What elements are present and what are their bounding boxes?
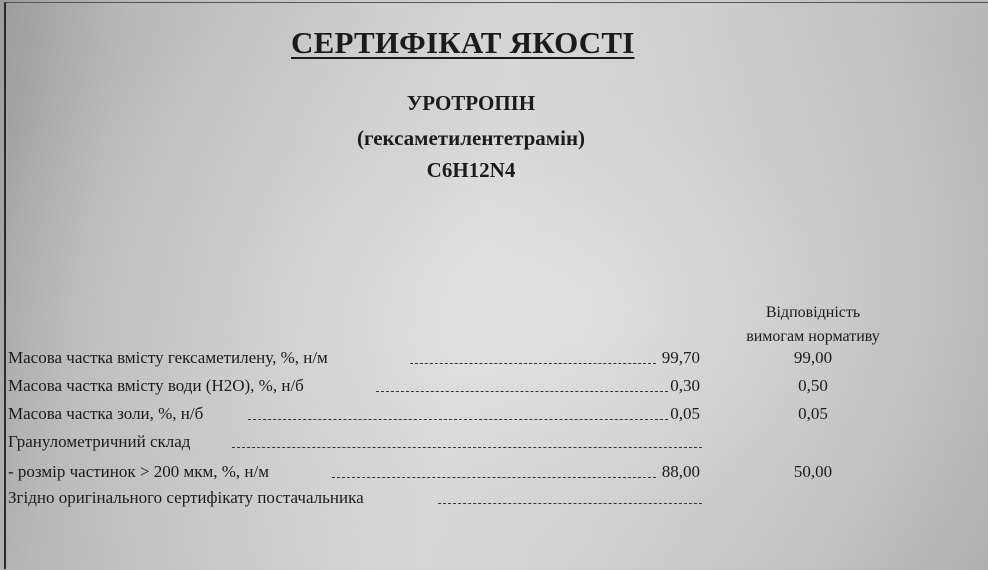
spec-value: 99,70 [620, 348, 700, 368]
spec-requirement: 99,00 [773, 348, 853, 368]
product-chemical-name: (гексаметилентетрамін) [6, 126, 936, 151]
spec-requirement: 0,05 [773, 404, 853, 424]
certificate-title: СЕРТИФІКАТ ЯКОСТІ [291, 25, 635, 61]
spec-label: Масова частка вмісту води (H2O), %, н/б [8, 376, 304, 396]
spec-label: Масова частка вмісту гексаметилену, %, н… [8, 348, 328, 368]
product-formula: C6H12N4 [6, 158, 936, 183]
spec-requirement: 0,50 [773, 376, 853, 396]
certificate-sheet: СЕРТИФІКАТ ЯКОСТІ УРОТРОПІН (гексаметиле… [4, 2, 988, 569]
dot-leader [248, 419, 668, 420]
spec-value: 88,00 [620, 462, 700, 482]
spec-value: 0,05 [620, 404, 700, 424]
spec-label: Масова частка золи, %, н/б [8, 404, 203, 424]
spec-label: Згідно оригінального сертифікату постача… [8, 488, 364, 508]
spec-label: Гранулометричний склад [8, 432, 190, 452]
dot-leader [332, 477, 656, 478]
product-name: УРОТРОПІН [6, 91, 936, 116]
dot-leader [438, 503, 702, 504]
spec-label: - розмір частинок > 200 мкм, %, н/м [8, 462, 269, 482]
requirement-header-line-1: Відповідність [718, 301, 908, 325]
requirement-header-line-2: вимогам нормативу [718, 325, 908, 349]
spec-requirement: 50,00 [773, 462, 853, 482]
requirement-column-header: Відповідність вимогам нормативу [718, 301, 908, 349]
dot-leader [232, 447, 702, 448]
spec-value: 0,30 [620, 376, 700, 396]
